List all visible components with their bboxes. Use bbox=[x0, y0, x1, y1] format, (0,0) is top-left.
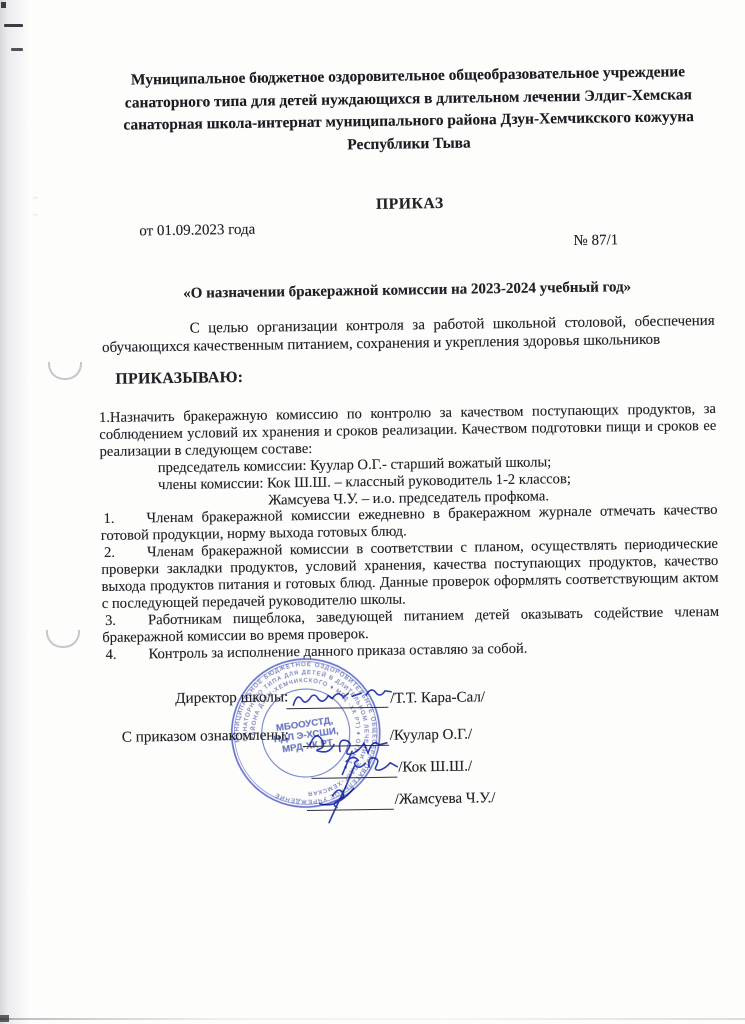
order-item-2: 2.Членам бракеражной комиссии в соответс… bbox=[101, 536, 719, 613]
order-body: 1.Назначить бракеражную комиссию по конт… bbox=[99, 401, 720, 664]
order-preamble: С целью организации контроля за работой … bbox=[102, 312, 715, 357]
director-name: /Т.Т. Кара-Сал/ bbox=[390, 689, 485, 707]
order-document: Муниципальное бюджетное оздоровительное … bbox=[0, 0, 745, 1024]
item-text: Членам бракеражной комиссии в соответств… bbox=[101, 536, 718, 612]
signature-scribble-zhamsueva bbox=[319, 766, 355, 823]
order-heading: ПРИКАЗ bbox=[106, 191, 714, 218]
signature-scribble-director bbox=[293, 690, 391, 706]
director-label: Директор школы: bbox=[175, 688, 288, 708]
item-number: 2. bbox=[101, 545, 147, 563]
item-number: 3. bbox=[102, 612, 148, 630]
order-date: от 01.09.2023 года bbox=[139, 222, 255, 241]
school-name-header: Муниципальное бюджетное оздоровительное … bbox=[104, 61, 713, 160]
scanned-order-page: ~ ~ Муниципальное бюджетное оздоровитель… bbox=[0, 0, 745, 1024]
order-subject: «О назначении бракеражной комиссии на 20… bbox=[92, 278, 722, 304]
acknowledged-label: С приказом ознакомлены: bbox=[122, 726, 289, 746]
resolution-word: ПРИКАЗЫВАЮ: bbox=[115, 369, 243, 389]
order-number: № 87/1 bbox=[573, 232, 618, 250]
ack-name: /Куулар О.Г./ bbox=[390, 727, 473, 745]
ack-name: /Жамсуева Ч.У./ bbox=[395, 790, 496, 808]
appointment-paragraph: 1.Назначить бракеражную комиссию по конт… bbox=[99, 401, 717, 461]
ack-name: /Кок Ш.Ш./ bbox=[398, 759, 472, 777]
item-number: 1. bbox=[100, 511, 146, 529]
signature-scribble-kok bbox=[342, 751, 397, 775]
item-number: 4. bbox=[102, 646, 148, 664]
